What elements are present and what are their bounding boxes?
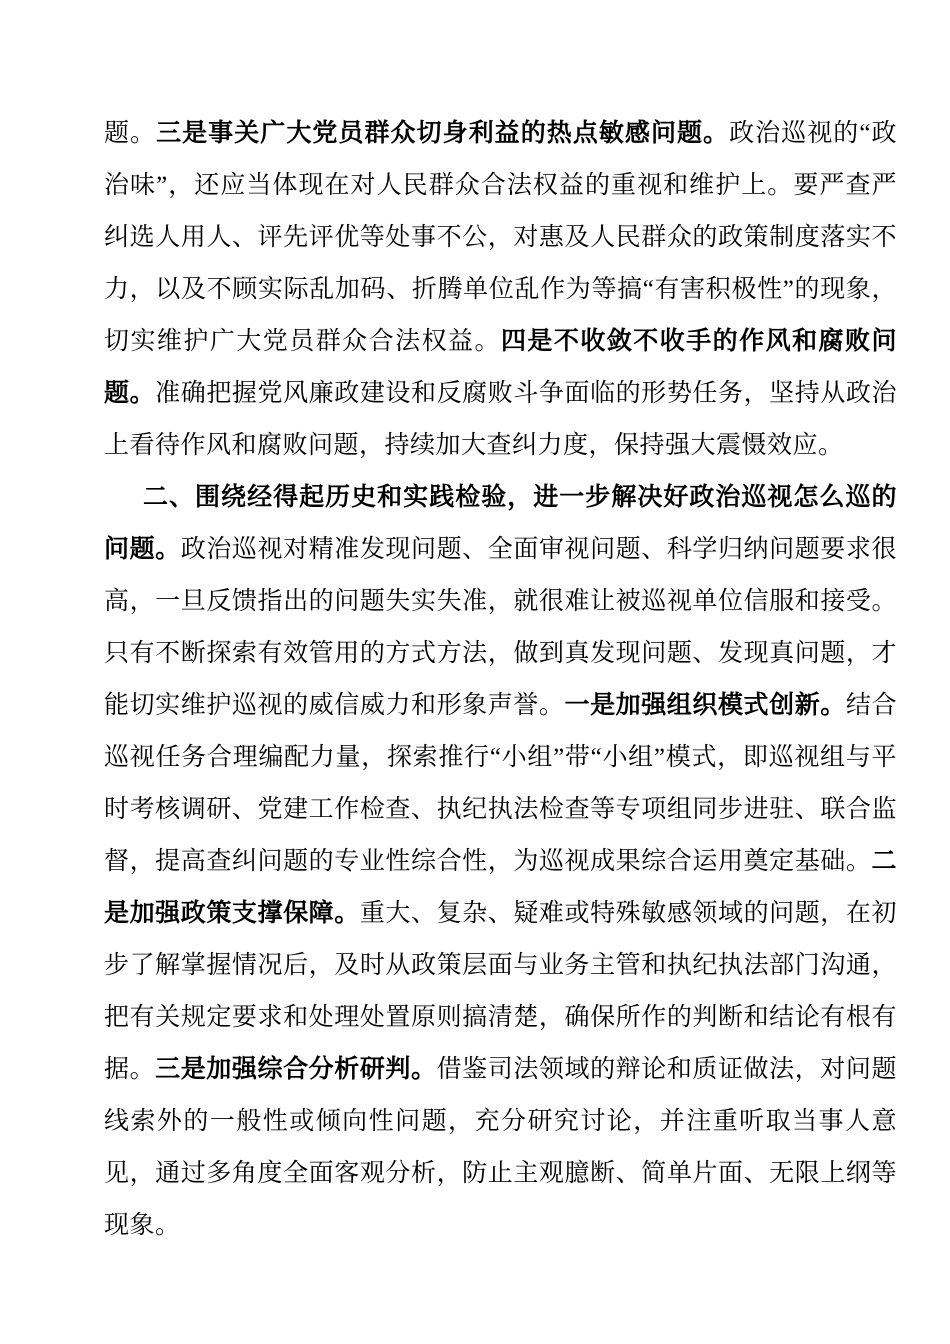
bold-text-run: 一是加强组织模式创新。	[564, 692, 845, 719]
bold-text-run: 三是加强综合分析研判。	[155, 1056, 436, 1083]
paragraph: 题。三是事关广大党员群众切身利益的热点敏感问题。政治巡视的“政治味”，还应当体现…	[104, 108, 897, 472]
text-run: 政治巡视的“政治味”，还应当体现在对人民群众合法权益的重视和维护上。要严查严纠选…	[104, 120, 897, 355]
document-content: 题。三是事关广大党员群众切身利益的热点敏感问题。政治巡视的“政治味”，还应当体现…	[104, 108, 897, 1252]
paragraph: 二、围绕经得起历史和实践检验，进一步解决好政治巡视怎么巡的问题。政治巡视对精准发…	[104, 472, 897, 1252]
document-page: 题。三是事关广大党员群众切身利益的热点敏感问题。政治巡视的“政治味”，还应当体现…	[0, 0, 950, 1344]
text-run: 准确把握党风廉政建设和反腐败斗争面临的形势任务，坚持从政治上看待作风和腐败问题，…	[104, 380, 897, 459]
text-run: 结合巡视任务合理编配力量，探索推行“小组”带“小组”模式，即巡视组与平时考核调研…	[104, 692, 897, 875]
text-run: 题。	[104, 120, 156, 147]
bold-text-run: 三是事关广大党员群众切身利益的热点敏感问题。	[156, 120, 729, 147]
text-run: 借鉴司法领域的辩论和质证做法，对问题线索外的一般性或倾向性问题，充分研究讨论，并…	[104, 1056, 897, 1239]
